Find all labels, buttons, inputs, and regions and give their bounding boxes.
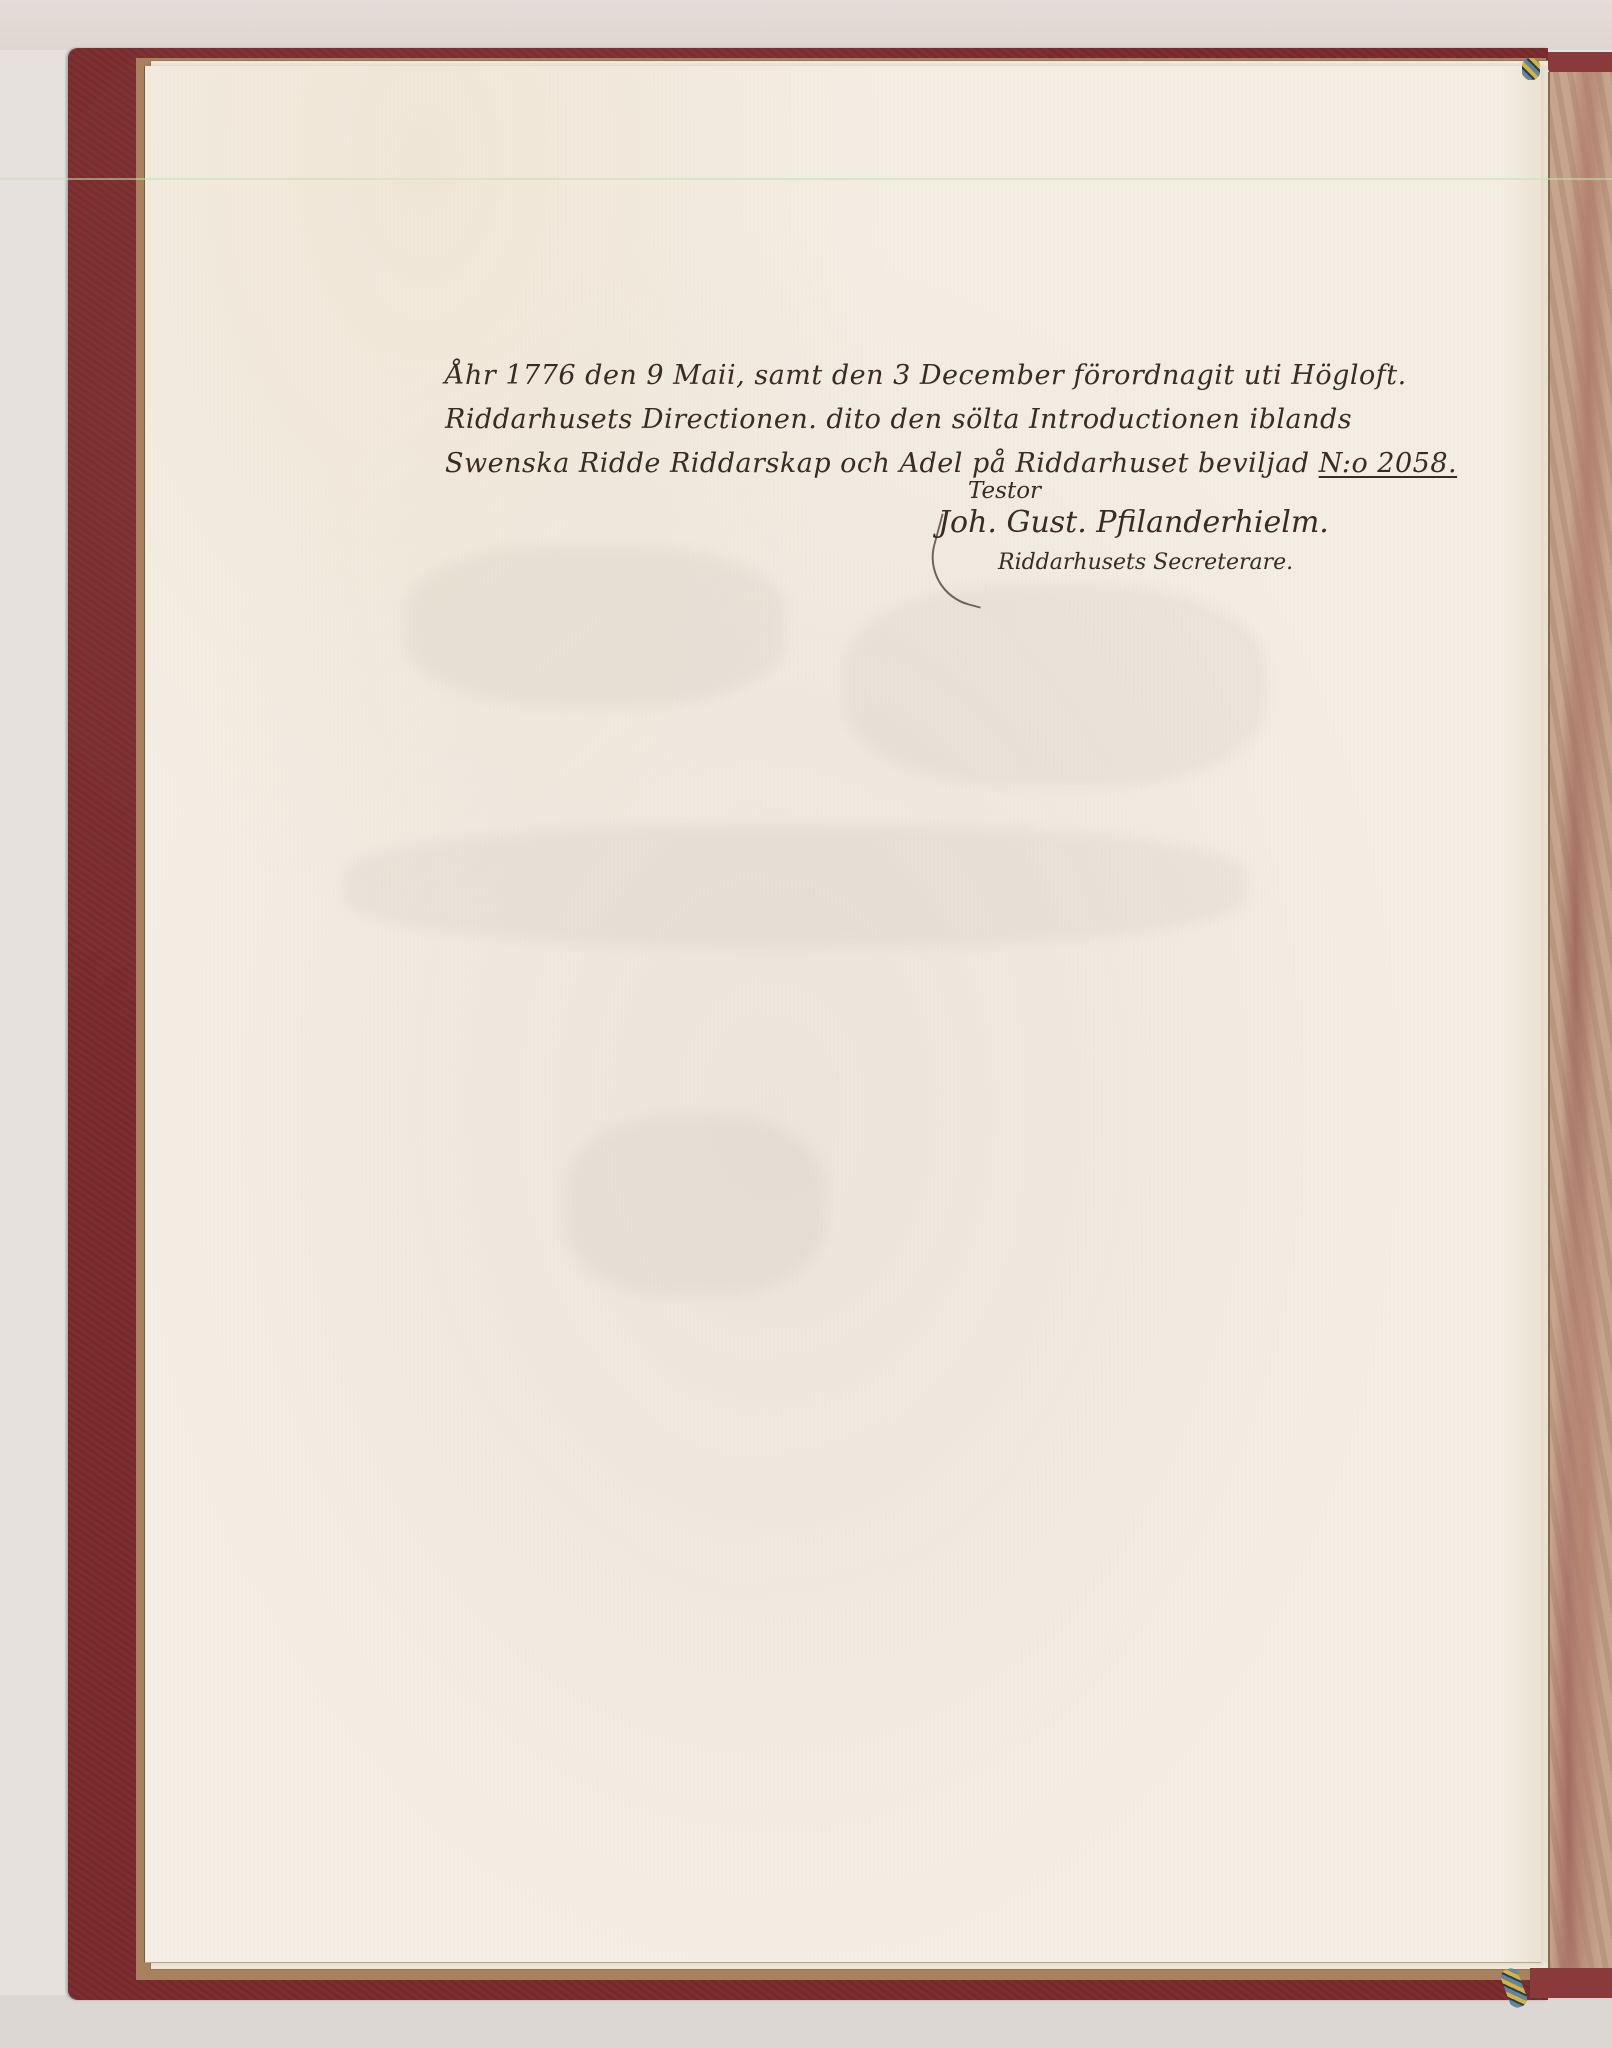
scan-artifact-line	[0, 178, 1612, 180]
registry-number: N:o 2058.	[1319, 448, 1457, 479]
bleed-through	[565, 1116, 825, 1296]
marbled-endpaper	[1548, 72, 1612, 1992]
text-line-3: Swenska Ridde Riddarskap och Adel på Rid…	[445, 448, 1457, 479]
signatory-title: Riddarhusets Secreterare.	[998, 550, 1293, 575]
bleed-through	[845, 586, 1265, 786]
testor-label: Testor	[968, 478, 1041, 504]
cover-edge-bottom	[1530, 1968, 1612, 1998]
bleed-through	[405, 546, 785, 706]
bleed-through	[345, 826, 1245, 946]
text-line-1: Åhr 1776 den 9 Maii, samt den 3 December…	[445, 360, 1407, 391]
page-fore-edge-shadow	[1500, 66, 1548, 1962]
scan-background	[0, 0, 1612, 50]
cover-edge-top	[1548, 52, 1612, 74]
scan-background-bottom	[0, 1995, 1612, 2048]
text-line-3-body: Swenska Ridde Riddarskap och Adel på Rid…	[445, 448, 1319, 479]
manuscript-page	[144, 66, 1541, 1963]
text-line-2: Riddarhusets Directionen. dito den sölta…	[445, 404, 1352, 435]
signature: Joh. Gust. Pfilanderhielm.	[938, 505, 1329, 540]
headband-top	[1522, 58, 1540, 80]
